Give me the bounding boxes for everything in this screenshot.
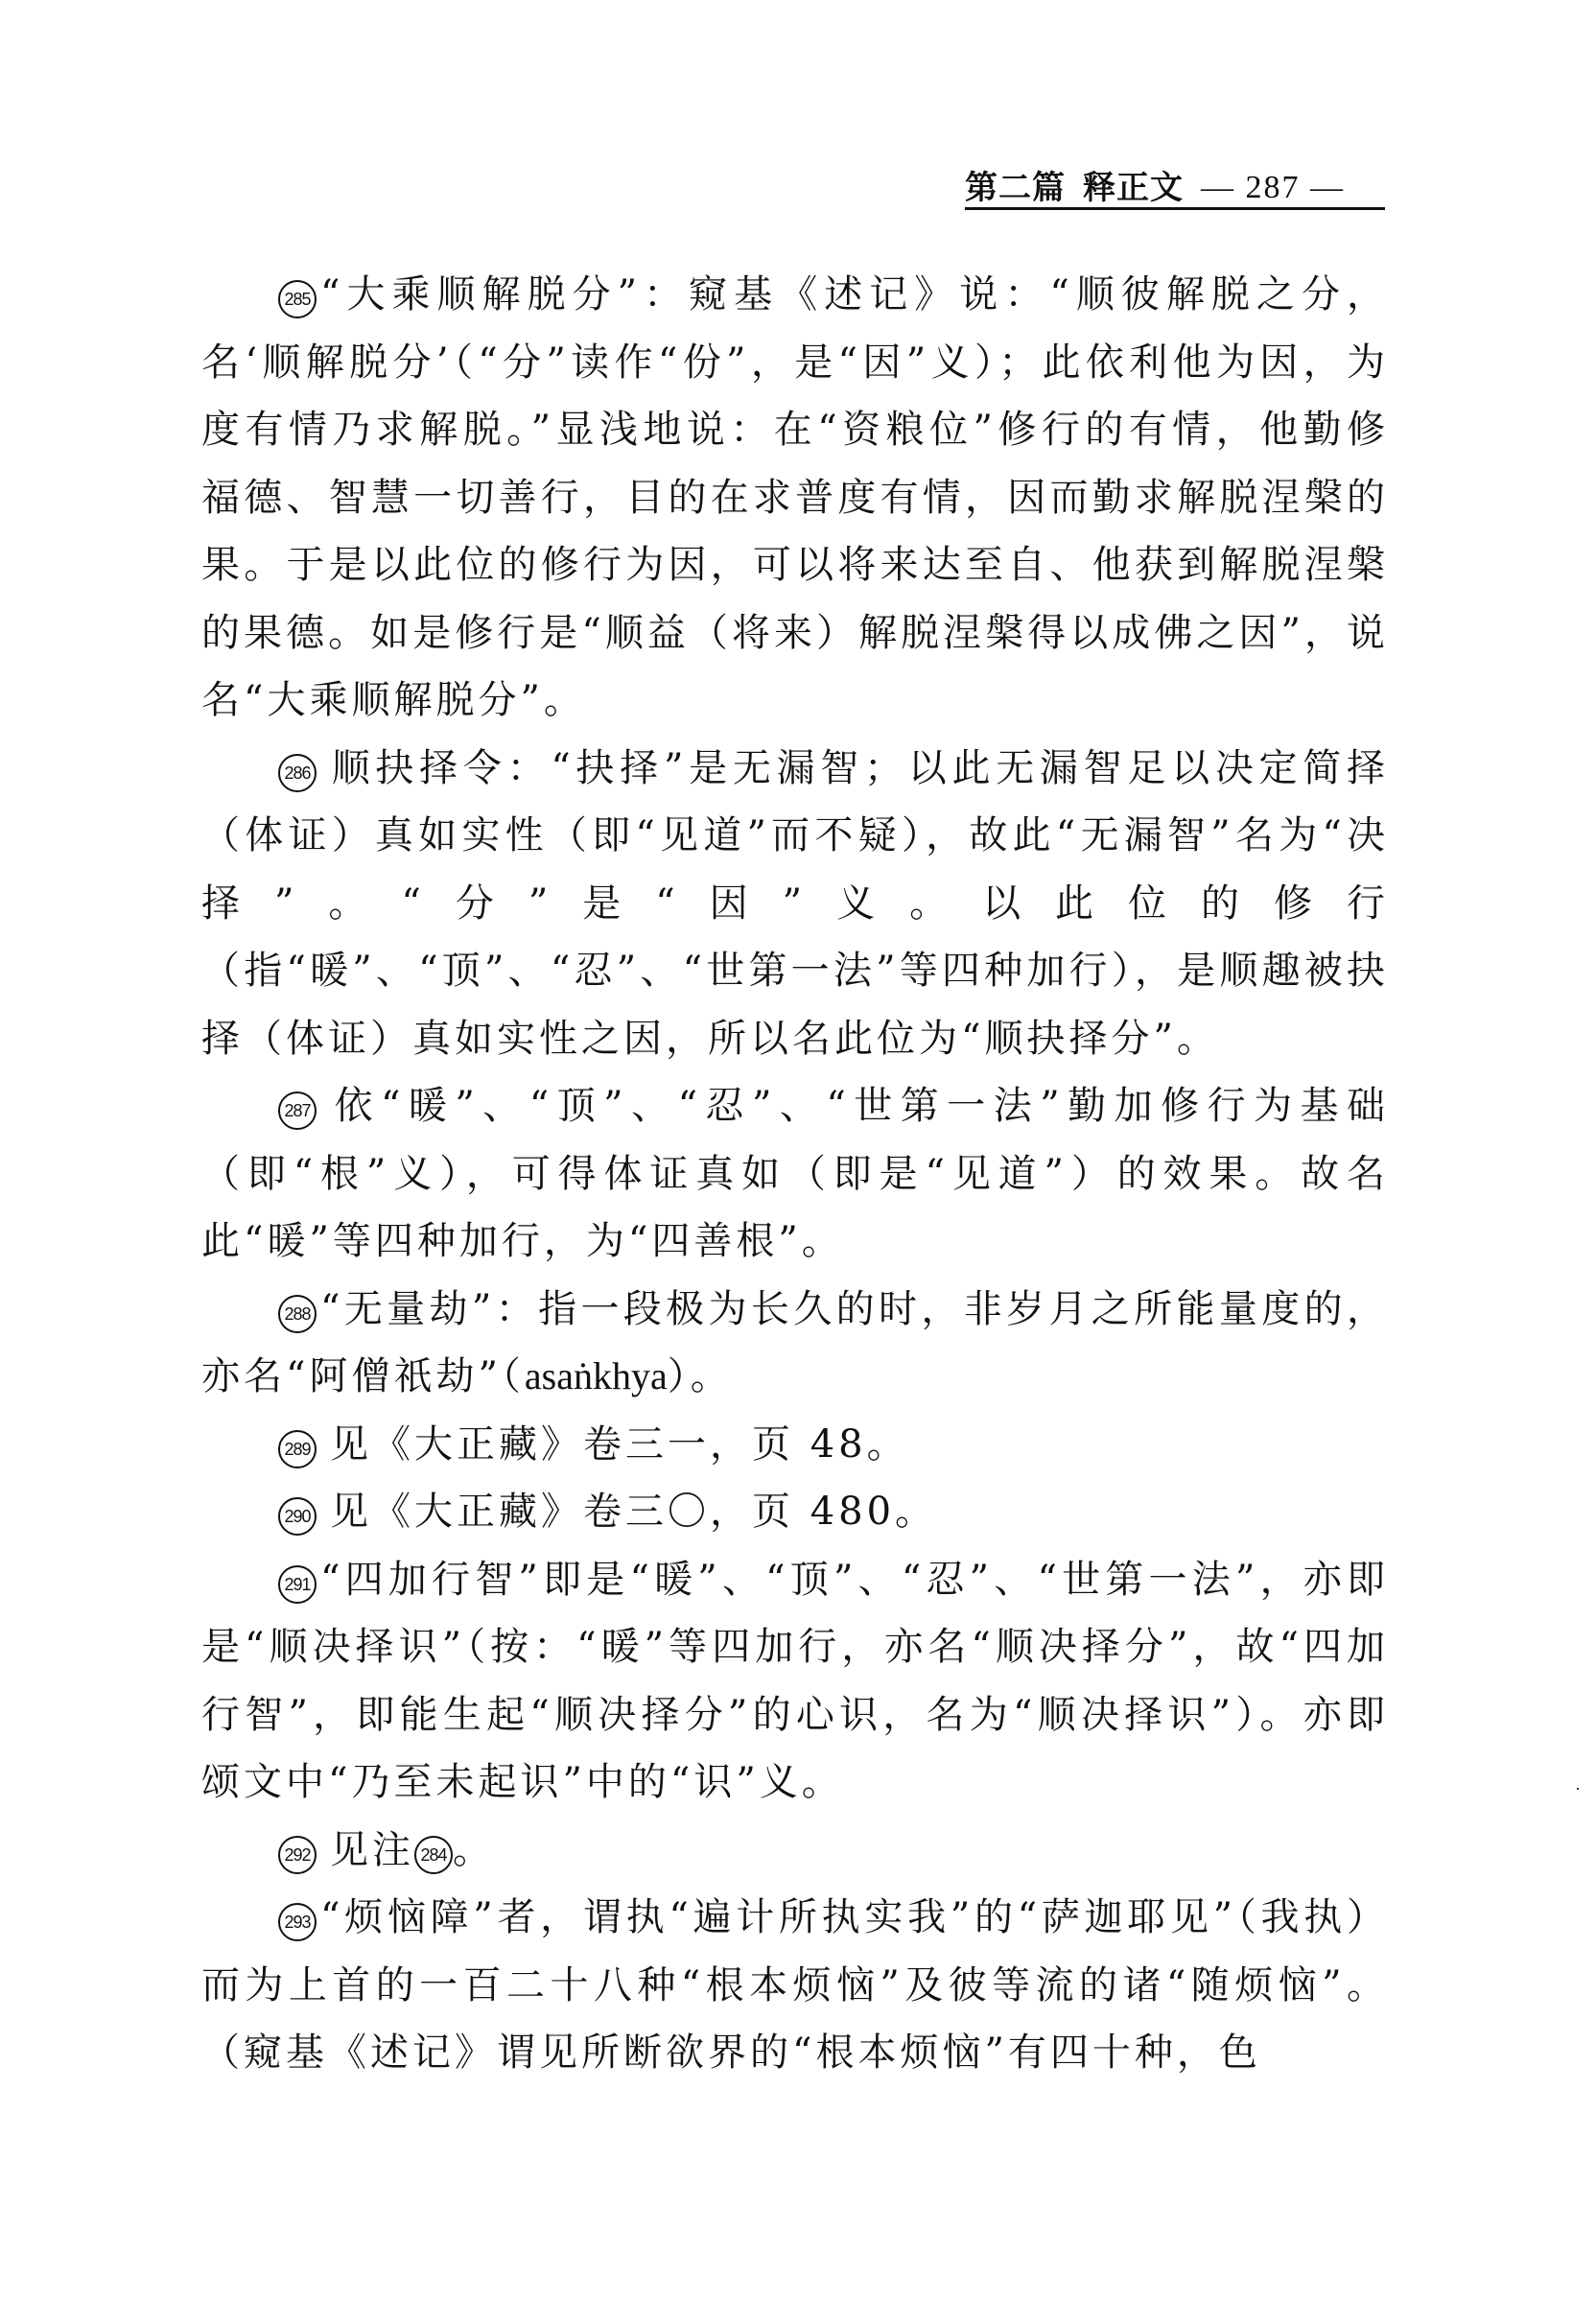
footnote-text: 见注	[330, 1828, 414, 1872]
sanskrit-term: asaṅkhya	[525, 1354, 668, 1397]
footnote-292: 292见注284。	[201, 1817, 1389, 1885]
footnote-text: “无量劫”：指一段极为长久的时，非岁月之所能量度的，亦名“阿僧祇劫”（	[201, 1287, 1389, 1399]
footnote-293: 293“烦恼障”者，谓执“遍计所执实我”的“萨迦耶见”（我执）而为上首的一百二十…	[201, 1884, 1389, 2087]
footnote-text: 顺抉择令：“抉择”是无漏智；以此无漏智足以决定简择（体证）真如实性（即“见道”而…	[201, 746, 1389, 1061]
footnote-text: 依“暖”、“顶”、“忍”、“世第一法”勤加修行为基础（即“根”义），可得体证真如…	[201, 1084, 1389, 1263]
header-part-title: 第二篇	[965, 169, 1066, 207]
footnote-text: 见《大正藏》卷三〇，页 480。	[330, 1490, 937, 1534]
footnote-reference: 284	[414, 1836, 453, 1874]
footnote-291: 291“四加行智”即是“暖”、“顶”、“忍”、“世第一法”，亦即是“顺决择识”（…	[201, 1546, 1389, 1817]
footnote-number: 285	[278, 280, 317, 318]
footnote-287: 287依“暖”、“顶”、“忍”、“世第一法”勤加修行为基础（即“根”义），可得体…	[201, 1072, 1389, 1276]
footnote-text: “烦恼障”者，谓执“遍计所执实我”的“萨迦耶见”（我执）而为上首的一百二十八种“…	[201, 1895, 1389, 2075]
footnote-text: 见《大正藏》卷三一，页 48。	[330, 1422, 909, 1467]
page-number: — 287 —	[1201, 169, 1345, 207]
footnote-number: 289	[278, 1430, 317, 1468]
footnote-285: 285“大乘顺解脱分”：窥基《述记》说：“顺彼解脱之分，名‘顺解脱分’（“分”读…	[201, 261, 1389, 735]
footnote-text-end: 。	[453, 1828, 495, 1872]
footnote-text: “大乘顺解脱分”：窥基《述记》说：“顺彼解脱之分，名‘顺解脱分’（“分”读作“份…	[201, 272, 1389, 722]
footnote-number: 286	[278, 754, 317, 792]
footnote-288: 288“无量劫”：指一段极为长久的时，非岁月之所能量度的，亦名“阿僧祇劫”（as…	[201, 1276, 1389, 1411]
header-section-title: 释正文	[1083, 169, 1184, 207]
footnote-number: 287	[278, 1092, 317, 1130]
footnote-289: 289见《大正藏》卷三一，页 48。	[201, 1411, 1389, 1479]
footnote-number: 288	[278, 1295, 317, 1333]
scan-speck	[1577, 1788, 1579, 1790]
footnotes-body: 285“大乘顺解脱分”：窥基《述记》说：“顺彼解脱之分，名‘顺解脱分’（“分”读…	[201, 261, 1389, 2087]
footnote-number: 292	[278, 1836, 317, 1874]
running-header: 第二篇 释正文 — 287 —	[965, 165, 1385, 210]
footnote-290: 290见《大正藏》卷三〇，页 480。	[201, 1478, 1389, 1546]
footnote-text-end: ）。	[668, 1354, 733, 1398]
footnote-number: 291	[278, 1565, 317, 1604]
footnote-286: 286顺抉择令：“抉择”是无漏智；以此无漏智足以决定简择（体证）真如实性（即“见…	[201, 735, 1389, 1073]
footnote-number: 293	[278, 1903, 317, 1941]
footnote-number: 290	[278, 1497, 317, 1536]
footnote-text: “四加行智”即是“暖”、“顶”、“忍”、“世第一法”，亦即是“顺决择识”（按：“…	[201, 1558, 1389, 1805]
